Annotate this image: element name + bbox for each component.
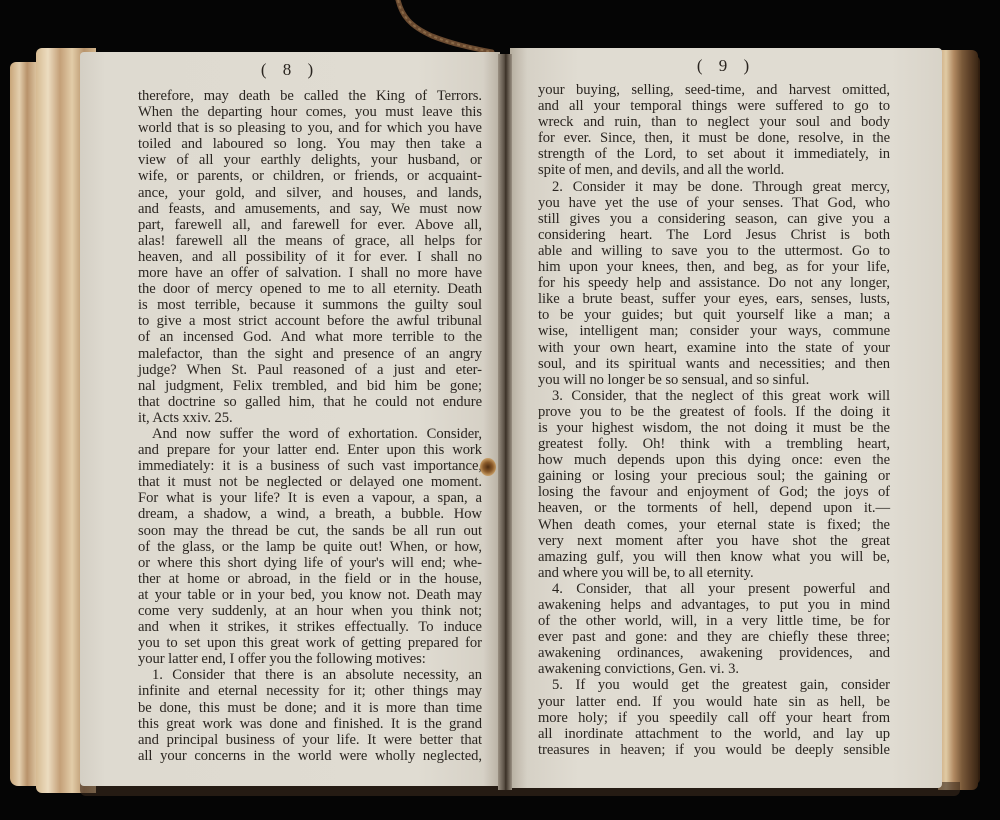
text-line: 2. Consider it may be done. Through grea… xyxy=(538,179,890,195)
page-number: ( 9 ) xyxy=(510,56,942,76)
text-line: come very suddenly, at an hour when you … xyxy=(138,603,482,619)
text-line: losing the favour and enjoyment of God; … xyxy=(538,484,890,500)
text-line: your buying, selling, seed-time, and har… xyxy=(538,82,890,98)
text-line: and feasts, and amusements, and say, We … xyxy=(138,201,482,217)
text-line: like a brute beast, suffer your eyes, ea… xyxy=(538,291,890,307)
text-line: and principal business of your life. It … xyxy=(138,732,482,748)
text-line: world that is so pleasing to you, and fo… xyxy=(138,120,482,136)
text-line: For what is your life? It is even a vapo… xyxy=(138,490,482,506)
text-line: is most terrible, because it summons the… xyxy=(138,297,482,313)
text-line: and prepare for your latter end. Enter u… xyxy=(138,442,482,458)
text-line: dream, a shadow, a wind, a breath, a bub… xyxy=(138,506,482,522)
text-line: be done, this must be done; and it is mo… xyxy=(138,700,482,716)
text-line: all inordinate attachment to the world, … xyxy=(538,726,890,742)
text-line: judge? When St. Paul reasoned of a just … xyxy=(138,362,482,378)
text-line: you will no longer be so sensual, and so… xyxy=(538,372,890,388)
text-line: the door of mercy opened to me to all et… xyxy=(138,281,482,297)
text-line: amazing gulf, you will then know what yo… xyxy=(538,549,890,565)
text-line: still gives you a considering season, ca… xyxy=(538,211,890,227)
foxing-stain xyxy=(480,458,496,476)
text-line: and all your temporal things were suffer… xyxy=(538,98,890,114)
text-line: how much depends upon this dying once: e… xyxy=(538,452,890,468)
text-line: malefactor, than the sight and presence … xyxy=(138,346,482,362)
text-line: very next moment after you have shot the… xyxy=(538,533,890,549)
book-gutter xyxy=(498,54,512,790)
text-line: ance, your gold, and silver, and houses,… xyxy=(138,185,482,201)
text-line: strength of the Lord, to set about it im… xyxy=(538,146,890,162)
text-line: alas! farewell all the means of grace, a… xyxy=(138,233,482,249)
text-line: nal judgment, Felix trembled, and bid hi… xyxy=(138,378,482,394)
text-line: and when it strikes, it strikes effectua… xyxy=(138,619,482,635)
text-line: heaven, and all possibility of it for ev… xyxy=(138,249,482,265)
text-line: your latter end, I offer you the followi… xyxy=(138,651,482,667)
text-line: toiled and laboured so long. You may the… xyxy=(138,136,482,152)
text-line: gaining or losing your precious soul; th… xyxy=(538,468,890,484)
text-line: that doctrine so galled him, that he cou… xyxy=(138,394,482,410)
text-line: more holy; if you speedily call off your… xyxy=(538,710,890,726)
text-line: wreck and ruin, than to neglect your sou… xyxy=(538,114,890,130)
right-page: ( 9 ) your buying, selling, seed-time, a… xyxy=(510,48,942,788)
text-line: is your highest wisdom, the not doing it… xyxy=(538,420,890,436)
text-line: this great work was done and finished. I… xyxy=(138,716,482,732)
text-line: And now suffer the word of exhortation. … xyxy=(138,426,482,442)
text-line: you have yet the use of your senses. Tha… xyxy=(538,195,890,211)
text-line: him upon your knees, then, and beg, as f… xyxy=(538,259,890,275)
text-line: 4. Consider, that all your present power… xyxy=(538,581,890,597)
text-line: considering heart. The Lord Jesus Christ… xyxy=(538,227,890,243)
text-line: to give a most strict account before the… xyxy=(138,313,482,329)
text-line: soul, and its spiritual wants and necess… xyxy=(538,356,890,372)
text-line: you to set upon this great work of getti… xyxy=(138,635,482,651)
text-line: treasures in heaven; if you would be dee… xyxy=(538,742,890,758)
text-line: part, farewell all, and farewell for eve… xyxy=(138,217,482,233)
text-line: awakening ordinances, awakening providen… xyxy=(538,645,890,661)
text-line: or where this short dying life of your's… xyxy=(138,555,482,571)
text-line: therefore, may death be called the King … xyxy=(138,88,482,104)
text-line: able and willing to save you to the utte… xyxy=(538,243,890,259)
right-page-text: your buying, selling, seed-time, and har… xyxy=(538,82,890,758)
text-line: immediately: it is a business of such va… xyxy=(138,458,482,474)
text-line: of an incensed God. And what more terrib… xyxy=(138,329,482,345)
text-line: of the glass, or the lamp be quite out! … xyxy=(138,539,482,555)
text-line: When death comes, your eternal state is … xyxy=(538,517,890,533)
text-line: and where you will be, to all eternity. xyxy=(538,565,890,581)
text-line: wise, intelligent man; consider your way… xyxy=(538,323,890,339)
text-line: 5. If you would get the greatest gain, c… xyxy=(538,677,890,693)
text-line: to be your guides; but quit yourself lik… xyxy=(538,307,890,323)
text-line: greatest folly. Oh! think with a trembli… xyxy=(538,436,890,452)
right-page-block-edge xyxy=(938,50,978,790)
text-line: spite of men, and devils, and all the wo… xyxy=(538,162,890,178)
text-line: at your table or in your bed, you know n… xyxy=(138,587,482,603)
text-line: view of all your earthly delights, your … xyxy=(138,152,482,168)
text-line: more have an offer of salvation. I shall… xyxy=(138,265,482,281)
text-line: infinite and eternal necessity for it; o… xyxy=(138,683,482,699)
text-line: all your concerns in the world were whol… xyxy=(138,748,482,764)
page-number: ( 8 ) xyxy=(80,60,500,80)
text-line: your latter end. If you would hate sin a… xyxy=(538,694,890,710)
text-line: wife, or parents, or children, or friend… xyxy=(138,168,482,184)
text-line: with your own heart, examine into the st… xyxy=(538,340,890,356)
text-line: When the departing hour comes, you must … xyxy=(138,104,482,120)
text-line: 3. Consider, that the neglect of this gr… xyxy=(538,388,890,404)
text-line: it, Acts xxiv. 25. xyxy=(138,410,482,426)
bookmark-string xyxy=(392,0,502,60)
text-line: for his speedy help and assistance. Do n… xyxy=(538,275,890,291)
left-page: ( 8 ) therefore, may death be called the… xyxy=(80,52,500,786)
text-line: soon may the thread be cut, the sands be… xyxy=(138,523,482,539)
text-line: prove you to be the greatest of fools. I… xyxy=(538,404,890,420)
text-line: for ever. Since, then, it must be done, … xyxy=(538,130,890,146)
text-line: that it must not be neglected or delayed… xyxy=(138,474,482,490)
text-line: awakening helps and advantages, to put y… xyxy=(538,597,890,613)
left-page-text: therefore, may death be called the King … xyxy=(138,88,482,764)
text-line: ever past and gone: and they are chiefly… xyxy=(538,629,890,645)
text-line: 1. Consider that there is an absolute ne… xyxy=(138,667,482,683)
text-line: ther at home or abroad, in the field or … xyxy=(138,571,482,587)
text-line: awakening convictions, Gen. vi. 3. xyxy=(538,661,890,677)
text-line: of the other world, will, in a very litt… xyxy=(538,613,890,629)
text-line: heaven, or the torments of hell, depend … xyxy=(538,500,890,516)
